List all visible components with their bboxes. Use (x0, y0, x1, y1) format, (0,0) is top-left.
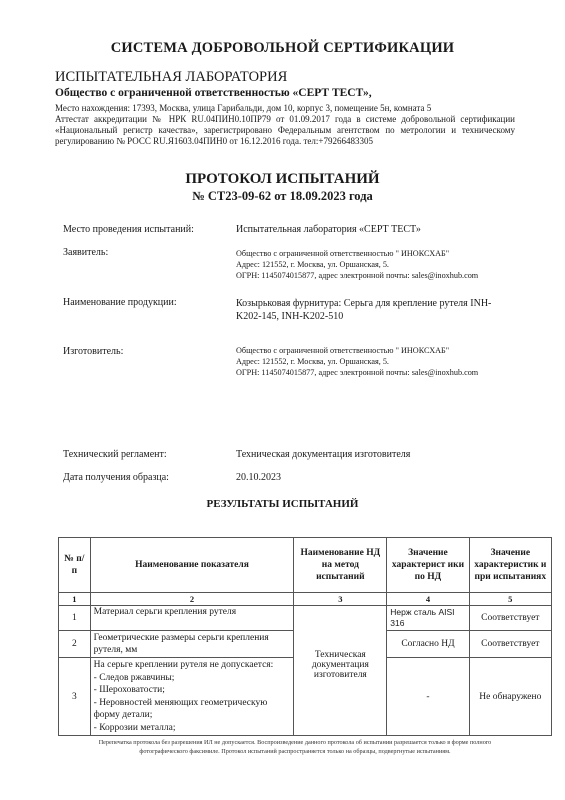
applicant-line: Общество с ограниченной ответственностью… (236, 248, 478, 259)
test-place-value: Испытательная лаборатория «СЕРТ ТЕСТ» (236, 224, 421, 235)
row-indicator-line: - Коррозии металла; (94, 722, 291, 735)
row-nd-value: Согласно НД (387, 631, 469, 658)
row-indicator: На серьге креплении рутеля не допускаетс… (90, 658, 294, 736)
row-indicator-line: - Неровностей меняющих геометрическую фо… (94, 697, 291, 722)
product-line: Козырьковая фурнитура: Серьга для крепле… (236, 297, 526, 310)
results-table: № п/п Наименование показателя Наименован… (58, 537, 552, 736)
header-test-value: Значение характеристик и при испытаниях (469, 538, 551, 593)
column-number: 4 (387, 593, 469, 606)
row-nd-value: - (387, 658, 469, 736)
row-indicator-line: На серьге креплении рутеля не допускаетс… (94, 659, 291, 672)
row-indicator: Материал серьги крепления рутеля (90, 606, 294, 631)
protocol-number: № СТ23-09-62 от 18.09.2023 года (0, 189, 565, 204)
sample-date-value: 20.10.2023 (236, 472, 281, 483)
column-number-row: 1 2 3 4 5 (59, 593, 552, 606)
header-num: № п/п (59, 538, 91, 593)
regulation-value: Техническая документация изготовителя (236, 449, 410, 460)
column-number: 1 (59, 593, 91, 606)
results-title: РЕЗУЛЬТАТЫ ИСПЫТАНИЙ (0, 498, 565, 510)
test-place-label: Место проведения испытаний: (63, 224, 194, 235)
lab-accreditation-line: Аттестат аккредитации № НРК RU.04ПИН0.10… (55, 114, 515, 124)
manufacturer-line: Адрес: 121552, г. Москва, ул. Оршанская,… (236, 356, 478, 367)
header-nd-value: Значение характерист ики по НД (387, 538, 469, 593)
applicant-line: Адрес: 121552, г. Москва, ул. Оршанская,… (236, 259, 478, 270)
manufacturer-line: ОГРН: 1145074015877, адрес электронной п… (236, 367, 478, 378)
lab-accreditation-line: «Национальный регистр качества», зарегис… (55, 125, 515, 135)
footer-line: Перепечатка протокола без разрешения ИЛ … (60, 738, 530, 747)
lab-address: Место нахождения: 17393, Москва, улица Г… (55, 103, 515, 113)
footer-disclaimer: Перепечатка протокола без разрешения ИЛ … (60, 738, 530, 756)
applicant-value: Общество с ограниченной ответственностью… (236, 248, 478, 281)
sample-date-label: Дата получения образца: (63, 472, 169, 483)
system-title: СИСТЕМА ДОБРОВОЛЬНОЙ СЕРТИФИКАЦИИ (0, 40, 565, 57)
footer-line: фотографического факсимиле. Протокол исп… (60, 747, 530, 756)
manufacturer-line: Общество с ограниченной ответственностью… (236, 345, 478, 356)
applicant-label: Заявитель: (63, 247, 108, 258)
product-line: K202-145, INH-K202-510 (236, 310, 526, 323)
table-row: 1 Материал серьги крепления рутеля Техни… (59, 606, 552, 631)
product-label: Наименование продукции: (63, 297, 177, 308)
row-indicator-line: - Следов ржавчины; (94, 672, 291, 685)
column-number: 3 (294, 593, 387, 606)
regulation-label: Технический регламент: (63, 449, 167, 460)
row-nd-value: Нерж сталь AISI 316 (387, 606, 469, 631)
row-indicator: Геометрические размеры серьги крепления … (90, 631, 294, 658)
row-num: 1 (59, 606, 91, 631)
manufacturer-label: Изготовитель: (63, 346, 123, 357)
column-number: 5 (469, 593, 551, 606)
column-number: 2 (90, 593, 294, 606)
method-merged-cell: Техническая документация изготовителя (294, 606, 387, 736)
applicant-line: ОГРН: 1145074015877, адрес электронной п… (236, 270, 478, 281)
lab-accreditation-line: регулированию № РОСС RU.Я1603.04ПИН0 от … (55, 136, 515, 146)
lab-title: ИСПЫТАТЕЛЬНАЯ ЛАБОРАТОРИЯ (55, 69, 287, 86)
row-num: 2 (59, 631, 91, 658)
row-indicator-line: - Шероховатости; (94, 684, 291, 697)
row-num: 3 (59, 658, 91, 736)
table-header-row: № п/п Наименование показателя Наименован… (59, 538, 552, 593)
protocol-title: ПРОТОКОЛ ИСПЫТАНИЙ (0, 171, 565, 188)
lab-organization: Общество с ограниченной ответственностью… (55, 87, 372, 99)
header-indicator: Наименование показателя (90, 538, 294, 593)
row-result: Соответствует (469, 606, 551, 631)
manufacturer-value: Общество с ограниченной ответственностью… (236, 345, 478, 378)
row-result: Соответствует (469, 631, 551, 658)
row-result: Не обнаружено (469, 658, 551, 736)
header-method: Наименование НД на метод испытаний (294, 538, 387, 593)
product-value: Козырьковая фурнитура: Серьга для крепле… (236, 297, 526, 323)
